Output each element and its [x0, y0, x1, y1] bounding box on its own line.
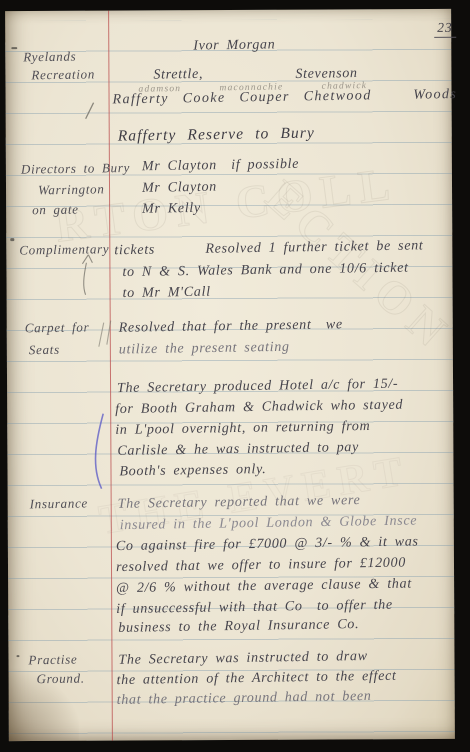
double-stroke-mark [99, 321, 111, 347]
ink-speck [11, 47, 17, 49]
check-tick-icon [82, 255, 92, 295]
check-tick-icon [86, 103, 94, 119]
pen-and-pencil-marks [5, 9, 455, 741]
blue-pen-stroke [95, 414, 103, 489]
ink-speck [16, 655, 19, 657]
minute-book-page: RTON COLL ECTION THE EVERT 23 Ivor Morga… [5, 9, 455, 741]
ink-speck [10, 238, 14, 241]
